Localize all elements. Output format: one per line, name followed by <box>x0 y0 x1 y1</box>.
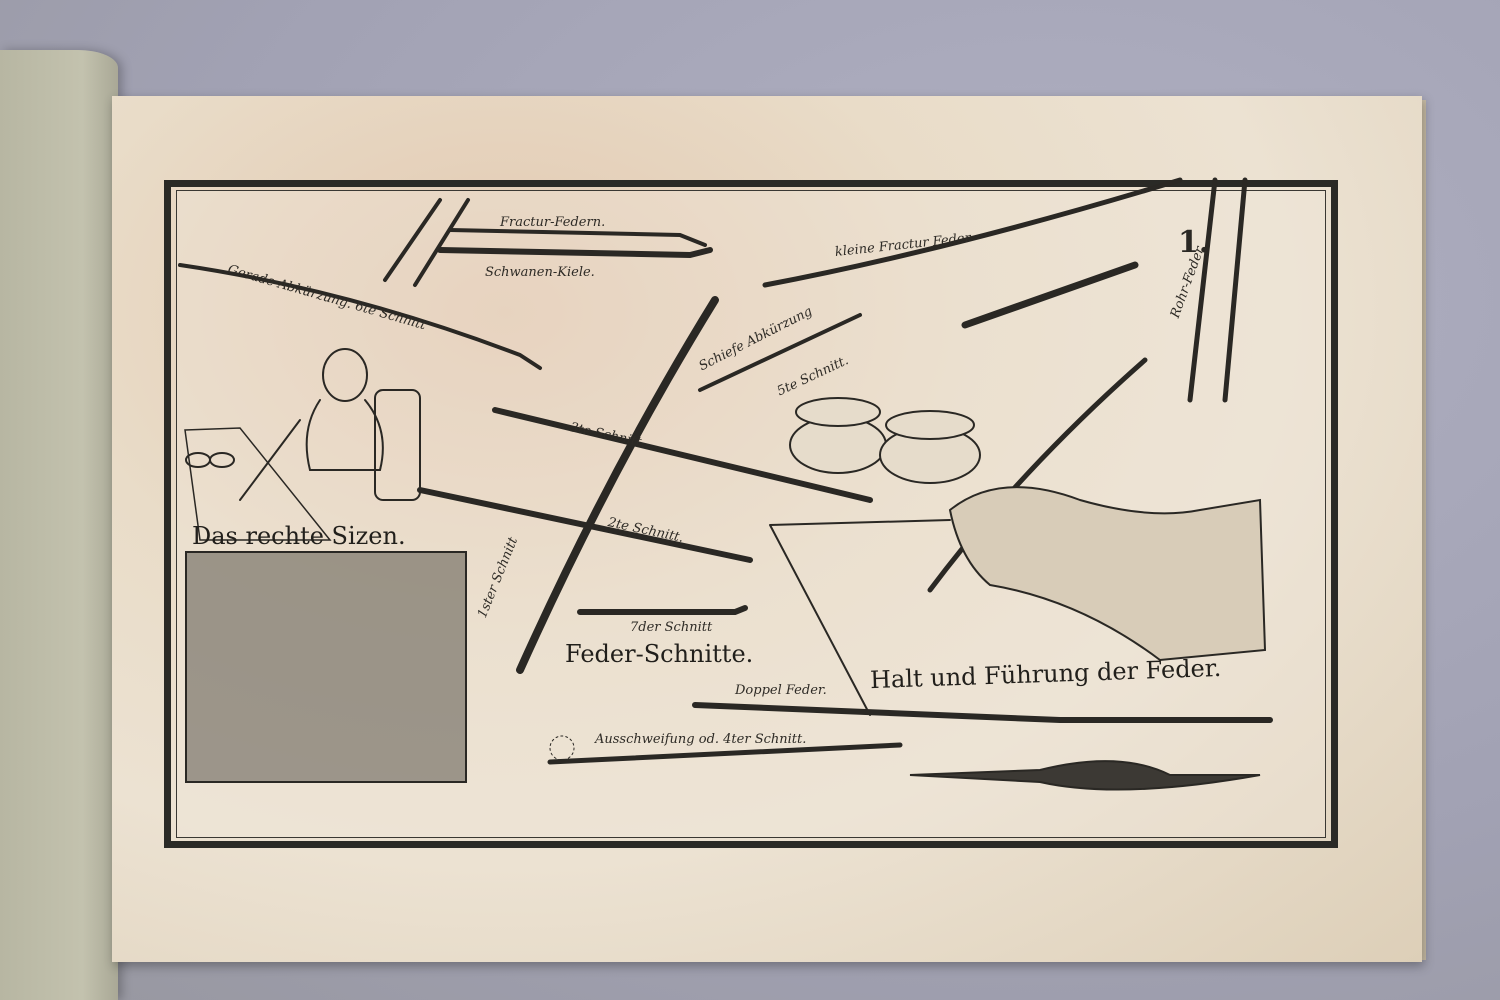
curve-cut-guide-circle <box>550 736 574 760</box>
seated-writer-figure <box>186 349 420 500</box>
label-swan-quills: Schwanen-Kiele. <box>485 265 595 280</box>
label-fractur-pens: Fractur-Federn. <box>500 215 605 230</box>
quill-diagonal-top <box>385 200 468 285</box>
caption-pen-cuts: Feder-Schnitte. <box>565 640 753 668</box>
caption-sitting: Das rechte Sizen. <box>192 522 406 550</box>
label-seventh-cut: 7der Schnitt <box>630 620 712 635</box>
label-curve-cut: Ausschweifung od. 4ter Schnitt. <box>595 732 806 747</box>
second-cut-quill <box>420 490 750 560</box>
short-reed-pen <box>965 265 1135 325</box>
swan-quill <box>440 250 710 255</box>
inkwells <box>790 398 980 483</box>
hand <box>950 487 1265 660</box>
reed-pen-vertical <box>1190 180 1245 400</box>
long-quill-straight-cut <box>180 265 540 368</box>
fractur-pen <box>450 230 705 245</box>
double-pen <box>695 705 1270 720</box>
engraving-illustrations <box>0 0 1500 1000</box>
curve-cut-pen <box>550 745 900 762</box>
brush-pen <box>910 761 1260 789</box>
label-double-pen: Doppel Feder. <box>735 683 827 698</box>
table-cloth <box>186 552 466 782</box>
seventh-cut-pen <box>580 608 745 612</box>
